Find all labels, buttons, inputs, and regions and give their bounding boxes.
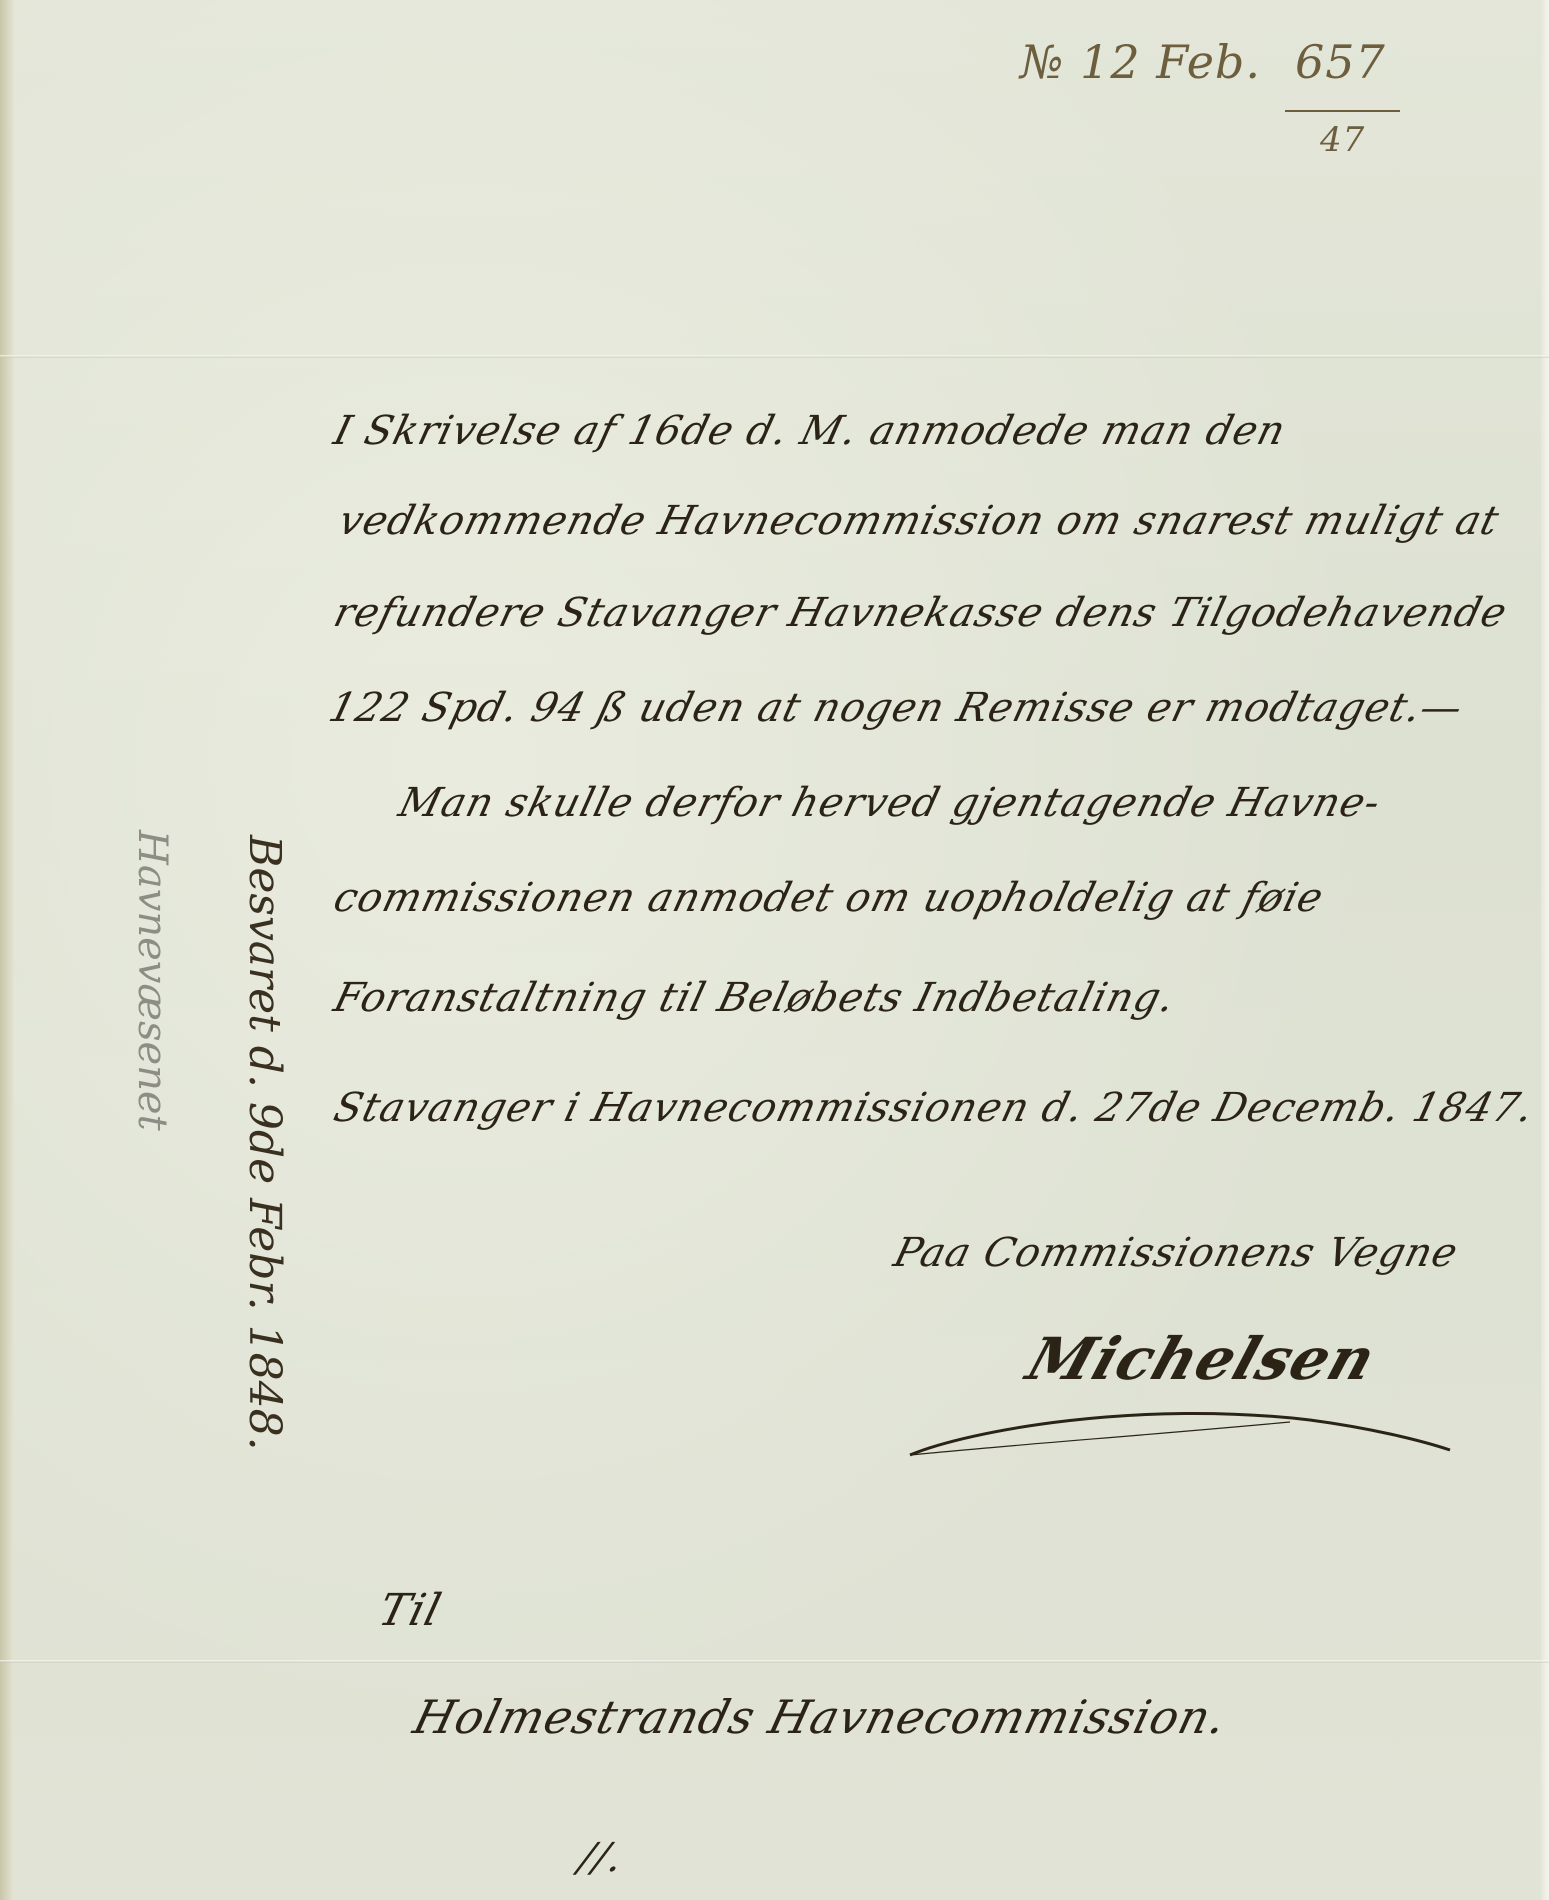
body-line-7: Foranstaltning til Beløbets Indbetaling.	[329, 975, 1180, 1021]
body-line-2: vedkommende Havnecommission om snarest m…	[334, 498, 1504, 544]
body-line-3: refundere Stavanger Havnekasse dens Tilg…	[329, 590, 1512, 636]
paper-left-edge	[0, 0, 14, 1900]
paper-fold-upper	[0, 355, 1549, 358]
reference-sub-number: 47	[1320, 120, 1365, 160]
reference-number: 657	[1295, 35, 1386, 89]
margin-note-pencil: Havnevæsenet	[129, 830, 175, 1131]
body-line-1: I Skrivelse af 16de d. M. anmodede man d…	[329, 408, 1290, 454]
reference-label: № 12 Feb.	[1020, 35, 1261, 89]
body-line-5: Man skulle derfor herved gjentagende Hav…	[394, 780, 1385, 826]
body-line-8-date: Stavanger i Havnecommissionen d. 27de De…	[329, 1085, 1539, 1131]
reference-underline	[1285, 110, 1400, 112]
address-recipient: Holmestrands Havnecommission.	[408, 1690, 1232, 1744]
signature: Michelsen	[1019, 1325, 1384, 1393]
paper-right-edge	[1541, 0, 1549, 1900]
letter-paper: № 12 Feb. 657 47 I Skrivelse af 16de d. …	[0, 0, 1549, 1900]
address-prefix: Til	[374, 1585, 447, 1636]
paper-fold-lower	[0, 1660, 1549, 1663]
signature-flourish	[890, 1400, 1460, 1460]
margin-note-ink: Besvaret d. 9de Febr. 1848.	[239, 835, 290, 1451]
footer-mark: //.	[574, 1835, 628, 1881]
body-line-4: 122 Spd. 94 ß uden at nogen Remisse er m…	[324, 685, 1467, 731]
closing-text: Paa Commissionens Vegne	[889, 1230, 1463, 1276]
body-line-6: commissionen anmodet om uopholdelig at f…	[329, 875, 1328, 921]
